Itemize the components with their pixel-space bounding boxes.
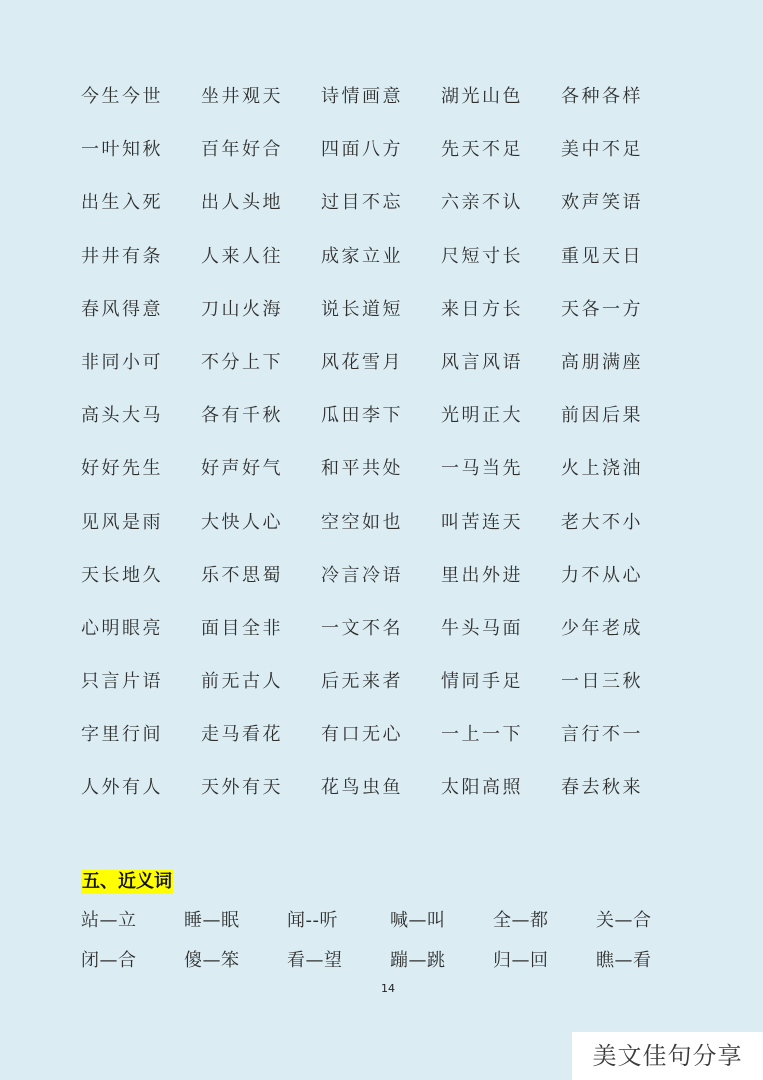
idiom-item: 光明正大 — [441, 403, 561, 429]
idiom-item: 过目不忘 — [321, 190, 441, 216]
idiom-item: 情同手足 — [441, 669, 561, 695]
idiom-item: 刀山火海 — [201, 297, 321, 323]
idiom-item: 走马看花 — [201, 722, 321, 748]
idiom-item: 见风是雨 — [81, 510, 201, 536]
idiom-row: 心明眼亮 面目全非 一文不名 牛头马面 少年老成 — [81, 616, 681, 669]
idiom-item: 乐不思蜀 — [201, 563, 321, 589]
idiom-item: 非同小可 — [81, 350, 201, 376]
idiom-item: 太阳高照 — [441, 775, 561, 801]
idiom-row: 今生今世 坐井观天 诗情画意 湖光山色 各种各样 — [81, 84, 681, 137]
idiom-item: 好好先生 — [81, 456, 201, 482]
idiom-item: 高头大马 — [81, 403, 201, 429]
idiom-item: 来日方长 — [441, 297, 561, 323]
idiom-item: 叫苦连天 — [441, 510, 561, 536]
idiom-item: 一叶知秋 — [81, 137, 201, 163]
synonym-pair: 归—回 — [493, 948, 596, 974]
idiom-item: 天外有天 — [201, 775, 321, 801]
idiom-item: 和平共处 — [321, 456, 441, 482]
idiom-item: 面目全非 — [201, 616, 321, 642]
synonym-grid: 站—立 睡—眠 闻--听 喊—叫 全—都 关—合 闭—合 傻—笨 看—望 蹦—跳… — [81, 908, 699, 988]
idiom-row: 井井有条 人来人往 成家立业 尺短寸长 重见天日 — [81, 244, 681, 297]
idiom-item: 字里行间 — [81, 722, 201, 748]
idiom-item: 一上一下 — [441, 722, 561, 748]
idiom-row: 好好先生 好声好气 和平共处 一马当先 火上浇油 — [81, 456, 681, 509]
idiom-row: 一叶知秋 百年好合 四面八方 先天不足 美中不足 — [81, 137, 681, 190]
idiom-item: 四面八方 — [321, 137, 441, 163]
idiom-item: 出人头地 — [201, 190, 321, 216]
watermark-label: 美文佳句分享 — [572, 1032, 763, 1080]
synonym-pair: 喊—叫 — [390, 908, 493, 934]
synonym-row: 站—立 睡—眠 闻--听 喊—叫 全—都 关—合 — [81, 908, 699, 948]
idiom-item: 人来人往 — [201, 244, 321, 270]
idiom-item: 心明眼亮 — [81, 616, 201, 642]
idiom-item: 湖光山色 — [441, 84, 561, 110]
idiom-item: 一文不名 — [321, 616, 441, 642]
idiom-row: 非同小可 不分上下 风花雪月 风言风语 高朋满座 — [81, 350, 681, 403]
synonym-pair: 站—立 — [81, 908, 184, 934]
idiom-item: 一日三秋 — [561, 669, 681, 695]
idiom-row: 春风得意 刀山火海 说长道短 来日方长 天各一方 — [81, 297, 681, 350]
idiom-item: 牛头马面 — [441, 616, 561, 642]
idiom-item: 六亲不认 — [441, 190, 561, 216]
idiom-item: 火上浇油 — [561, 456, 681, 482]
idiom-item: 少年老成 — [561, 616, 681, 642]
idiom-item: 今生今世 — [81, 84, 201, 110]
idiom-item: 出生入死 — [81, 190, 201, 216]
idiom-item: 不分上下 — [201, 350, 321, 376]
idiom-item: 好声好气 — [201, 456, 321, 482]
idiom-item: 高朋满座 — [561, 350, 681, 376]
idiom-item: 言行不一 — [561, 722, 681, 748]
idiom-row: 字里行间 走马看花 有口无心 一上一下 言行不一 — [81, 722, 681, 775]
idiom-row: 天长地久 乐不思蜀 冷言冷语 里出外进 力不从心 — [81, 563, 681, 616]
idiom-item: 春风得意 — [81, 297, 201, 323]
idiom-item: 瓜田李下 — [321, 403, 441, 429]
idiom-item: 人外有人 — [81, 775, 201, 801]
idiom-item: 前因后果 — [561, 403, 681, 429]
idiom-item: 只言片语 — [81, 669, 201, 695]
idiom-item: 百年好合 — [201, 137, 321, 163]
idiom-row: 只言片语 前无古人 后无来者 情同手足 一日三秋 — [81, 669, 681, 722]
idiom-item: 美中不足 — [561, 137, 681, 163]
synonym-pair: 傻—笨 — [184, 948, 287, 974]
idiom-item: 空空如也 — [321, 510, 441, 536]
synonym-pair: 关—合 — [596, 908, 699, 934]
idiom-grid: 今生今世 坐井观天 诗情画意 湖光山色 各种各样 一叶知秋 百年好合 四面八方 … — [81, 84, 681, 829]
synonym-pair: 闭—合 — [81, 948, 184, 974]
synonym-pair: 蹦—跳 — [390, 948, 493, 974]
idiom-item: 前无古人 — [201, 669, 321, 695]
idiom-item: 尺短寸长 — [441, 244, 561, 270]
idiom-item: 风花雪月 — [321, 350, 441, 376]
idiom-item: 天长地久 — [81, 563, 201, 589]
idiom-item: 力不从心 — [561, 563, 681, 589]
idiom-item: 重见天日 — [561, 244, 681, 270]
idiom-item: 成家立业 — [321, 244, 441, 270]
idiom-row: 高头大马 各有千秋 瓜田李下 光明正大 前因后果 — [81, 403, 681, 456]
idiom-item: 春去秋来 — [561, 775, 681, 801]
idiom-item: 天各一方 — [561, 297, 681, 323]
idiom-item: 各种各样 — [561, 84, 681, 110]
idiom-row: 出生入死 出人头地 过目不忘 六亲不认 欢声笑语 — [81, 190, 681, 243]
section-heading-synonyms: 五、近义词 — [81, 870, 173, 894]
idiom-item: 冷言冷语 — [321, 563, 441, 589]
synonym-pair: 看—望 — [287, 948, 390, 974]
idiom-item: 坐井观天 — [201, 84, 321, 110]
idiom-row: 人外有人 天外有天 花鸟虫鱼 太阳高照 春去秋来 — [81, 775, 681, 828]
document-page: 今生今世 坐井观天 诗情画意 湖光山色 各种各样 一叶知秋 百年好合 四面八方 … — [0, 0, 763, 1080]
idiom-item: 里出外进 — [441, 563, 561, 589]
idiom-item: 后无来者 — [321, 669, 441, 695]
idiom-item: 说长道短 — [321, 297, 441, 323]
idiom-item: 有口无心 — [321, 722, 441, 748]
synonym-pair: 闻--听 — [287, 908, 390, 934]
idiom-item: 一马当先 — [441, 456, 561, 482]
idiom-item: 先天不足 — [441, 137, 561, 163]
synonym-pair: 全—都 — [493, 908, 596, 934]
idiom-item: 诗情画意 — [321, 84, 441, 110]
idiom-item: 井井有条 — [81, 244, 201, 270]
idiom-item: 花鸟虫鱼 — [321, 775, 441, 801]
idiom-item: 欢声笑语 — [561, 190, 681, 216]
synonym-pair: 睡—眠 — [184, 908, 287, 934]
synonym-pair: 瞧—看 — [596, 948, 699, 974]
idiom-item: 各有千秋 — [201, 403, 321, 429]
page-number: 14 — [0, 982, 763, 995]
idiom-item: 老大不小 — [561, 510, 681, 536]
idiom-item: 大快人心 — [201, 510, 321, 536]
idiom-item: 风言风语 — [441, 350, 561, 376]
idiom-row: 见风是雨 大快人心 空空如也 叫苦连天 老大不小 — [81, 510, 681, 563]
